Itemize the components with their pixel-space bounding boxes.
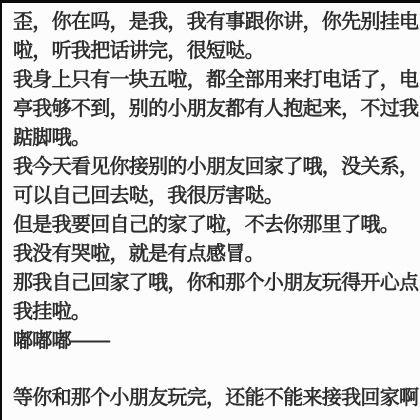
text-page: 歪，你在吗，是我，我有事跟你讲，你先别挂电 啦，听我把话讲完，很短哒。 我身上只… bbox=[2, 3, 420, 420]
transcript-line: 踮脚哦。 bbox=[13, 124, 420, 153]
closing-line: 等你和那个小朋友玩完，还能不能来接我回家啊 bbox=[13, 384, 420, 413]
transcript-line: 亭我够不到，别的小朋友都有人抱起来，不过我 bbox=[13, 95, 420, 124]
transcript-line: 但是我要回自己的家了啦，不去你那里了哦。 bbox=[13, 211, 420, 240]
transcript-line: 可以自己回去哒，我很厉害哒。 bbox=[13, 182, 420, 211]
transcript-line: 我身上只有一块五啦，都全部用来打电话了，电 bbox=[13, 66, 420, 95]
transcript-line: 歪，你在吗，是我，我有事跟你讲，你先别挂电 bbox=[13, 8, 420, 37]
transcript-line: 嘟嘟嘟—— bbox=[13, 327, 420, 356]
transcript-line: 啦，听我把话讲完，很短哒。 bbox=[13, 37, 420, 66]
transcript-line: 那我自己回家了哦，你和那个小朋友玩得开心点 bbox=[13, 269, 420, 298]
transcript-line: 我挂啦。 bbox=[13, 298, 420, 327]
transcript-line: 我没有哭啦，就是有点感冒。 bbox=[13, 240, 420, 269]
transcript-line: 我今天看见你接别的小朋友回家了哦，没关系， bbox=[13, 153, 420, 182]
